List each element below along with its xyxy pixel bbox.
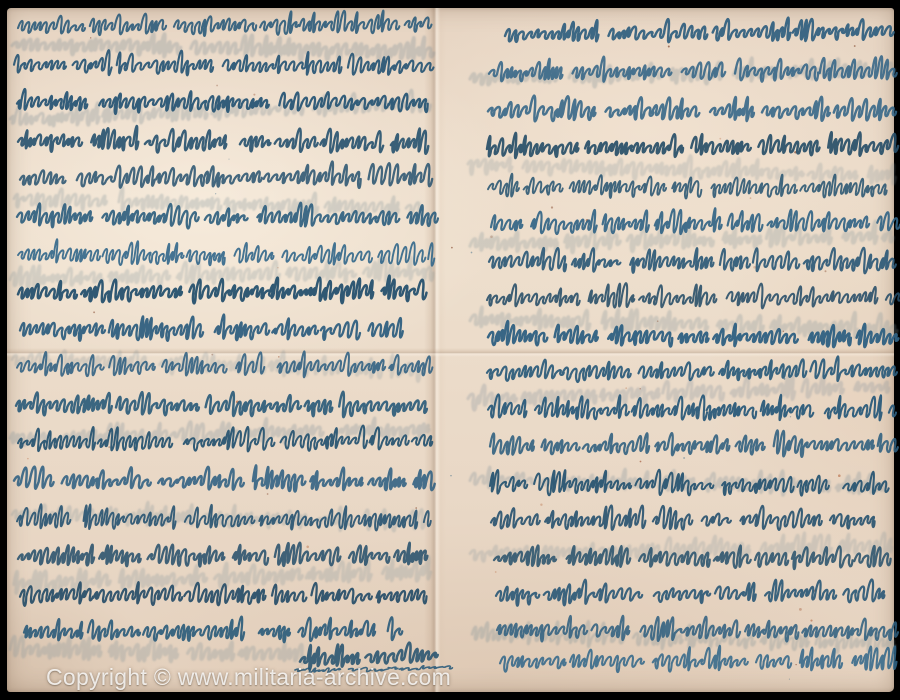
handwriting-line [487,356,897,382]
handwriting-line [18,239,434,265]
handwriting-line [16,392,427,417]
foxing-specks [27,37,868,682]
ink-spatter-dot [471,252,473,254]
handwriting-line [20,161,432,187]
letter-scan: Copyright © www.militaria-archive.com [0,0,900,700]
handwriting-line [491,208,900,234]
handwriting-line [491,505,875,529]
foxing-speck [551,206,553,208]
foxing-speck [799,608,802,611]
copyright-watermark: Copyright © www.militaria-archive.com [46,664,451,690]
foxing-speck [810,620,812,622]
ink-spatter-dot [229,159,230,160]
foxing-speck [825,270,827,272]
handwriting-line [20,315,403,341]
foxing-speck [540,504,542,506]
handwriting-line [488,174,887,199]
handwriting-line [18,543,427,567]
handwriting-line [20,582,427,606]
foxing-speck [306,546,309,549]
handwriting-line [496,580,884,606]
foxing-speck [415,507,417,509]
foxing-speck [719,138,721,140]
foxing-speck [640,461,642,463]
ink-spatter-dot [790,416,791,417]
handwriting-line [487,132,898,158]
handwriting-line [489,248,896,273]
foxing-speck [668,45,670,47]
foxing-speck [838,474,841,477]
handwriting-ink [0,0,900,700]
foxing-speck [854,45,856,47]
ink-spatter-dot [683,457,685,459]
foxing-speck [267,493,269,495]
handwriting-line [489,56,897,81]
foxing-speck [108,446,110,448]
foxing-speck [495,571,497,573]
foxing-speck [27,458,29,460]
foxing-speck [795,664,796,665]
foxing-speck [216,85,218,87]
handwriting-line [505,18,894,42]
handwriting-line [24,617,402,643]
handwriting-line [18,11,432,36]
ink-spatter-dot [215,193,216,194]
bleed-line [12,34,434,61]
handwriting-line [14,465,435,491]
handwriting-line [488,96,896,122]
foxing-speck [278,356,279,357]
foxing-speck [750,197,752,199]
foxing-speck [753,266,756,269]
foxing-speck [93,311,95,313]
handwriting-line [490,430,898,456]
foxing-speck [253,94,255,96]
foxing-speck [625,387,627,389]
handwriting-line [487,283,900,308]
foxing-speck [90,37,91,38]
ink-spatter-dot [450,475,451,476]
handwriting-lines [14,11,900,673]
handwriting-line [18,126,428,154]
bleed-through-ink [10,34,897,664]
ink-spatter-dot [789,679,790,680]
foxing-speck [451,247,453,249]
bleed-line [10,636,305,664]
